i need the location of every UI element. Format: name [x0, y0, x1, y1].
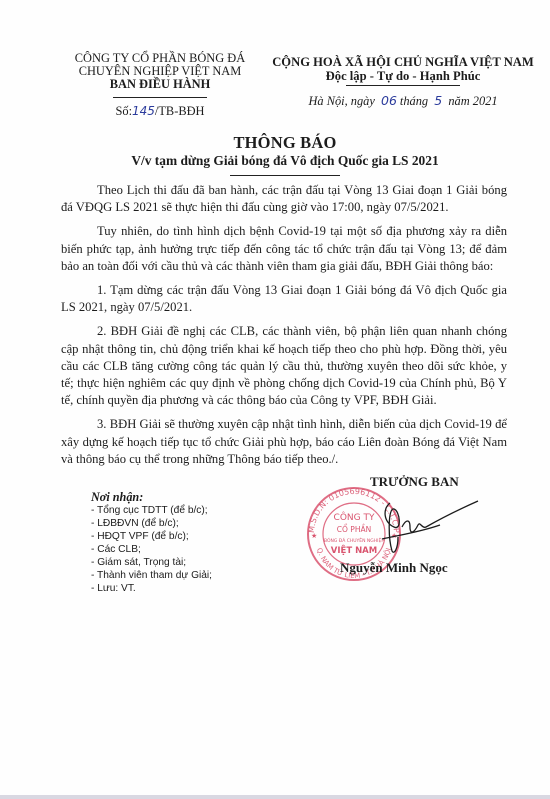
notice-title: THÔNG BÁO	[60, 134, 510, 152]
notice-body: Theo Lịch thi đấu đã ban hành, các trận …	[61, 182, 507, 475]
svg-text:★: ★	[311, 532, 317, 540]
page-bottom-edge	[0, 795, 550, 799]
recipient-item: - LĐBĐVN (để b/c);	[91, 517, 291, 530]
national-motto: Độc lập - Tự do - Hạnh Phúc	[262, 69, 544, 83]
day-handwritten: 06	[381, 93, 397, 108]
document-number: Số:145/TB-BĐH	[60, 105, 260, 118]
title-divider	[230, 175, 340, 176]
svg-text:CỔ PHẦN: CỔ PHẦN	[337, 524, 371, 534]
place-and-date: Hà Nội, ngày 06tháng 5 năm 2021	[262, 94, 544, 108]
recipient-item: - Tổng cục TDTT (để b/c);	[91, 504, 291, 517]
signatory-name: Nguyễn Minh Ngọc	[340, 560, 448, 576]
national-header: CỘNG HOÀ XÃ HỘI CHỦ NGHĨA VIỆT NAM Độc l…	[262, 55, 544, 108]
svg-text:VIỆT NAM: VIỆT NAM	[331, 545, 377, 556]
motto-divider	[346, 85, 460, 86]
notice-title-block: THÔNG BÁO V/v tạm dừng Giải bóng đá Vô đ…	[60, 134, 510, 176]
doc-number-suffix: /TB-BĐH	[155, 104, 205, 118]
country-name: CỘNG HOÀ XÃ HỘI CHỦ NGHĨA VIỆT NAM	[262, 55, 544, 69]
doc-number-handwritten: 145	[132, 104, 155, 118]
svg-text:CÔNG TY: CÔNG TY	[334, 511, 375, 523]
body-paragraph: Tuy nhiên, do tình hình dịch bệnh Covid-…	[61, 223, 507, 275]
recipients-heading: Nơi nhận:	[91, 490, 291, 504]
signatory-title: TRƯỞNG BAN	[370, 474, 459, 490]
recipient-item: - Thành viên tham dự Giải;	[91, 569, 291, 582]
header-divider	[113, 97, 207, 98]
recipient-item: - Lưu: VT.	[91, 582, 291, 595]
recipient-item: - HĐQT VPF (để b/c);	[91, 530, 291, 543]
department-name: BAN ĐIỀU HÀNH	[60, 78, 260, 91]
recipients-list: Nơi nhận: - Tổng cục TDTT (để b/c); - LĐ…	[91, 490, 291, 595]
handwritten-signature-icon	[380, 497, 510, 557]
svg-text:BÓNG ĐÁ CHUYÊN NGHIỆP: BÓNG ĐÁ CHUYÊN NGHIỆP	[324, 536, 384, 544]
document-page: CÔNG TY CỔ PHẦN BÓNG ĐÁ CHUYÊN NGHIỆP VI…	[0, 0, 550, 799]
doc-number-prefix: Số:	[115, 104, 132, 118]
place-date-prefix: Hà Nội, ngày	[308, 94, 374, 108]
notice-subject: V/v tạm dừng Giải bóng đá Vô địch Quốc g…	[60, 153, 510, 169]
month-handwritten: 5	[434, 93, 442, 108]
body-paragraph: 1. Tạm dừng các trận đấu Vòng 13 Giai đo…	[61, 282, 507, 316]
issuer-header: CÔNG TY CỔ PHẦN BÓNG ĐÁ CHUYÊN NGHIỆP VI…	[60, 52, 260, 118]
year-label: năm 2021	[448, 94, 497, 108]
body-paragraph: Theo Lịch thi đấu đã ban hành, các trận …	[61, 182, 507, 216]
body-paragraph: 2. BĐH Giải đề nghị các CLB, các thành v…	[61, 323, 507, 409]
month-label: tháng	[400, 94, 428, 108]
body-paragraph: 3. BĐH Giải sẽ thường xuyên cập nhật tìn…	[61, 416, 507, 468]
recipient-item: - Giám sát, Trọng tài;	[91, 556, 291, 569]
recipient-item: - Các CLB;	[91, 543, 291, 556]
